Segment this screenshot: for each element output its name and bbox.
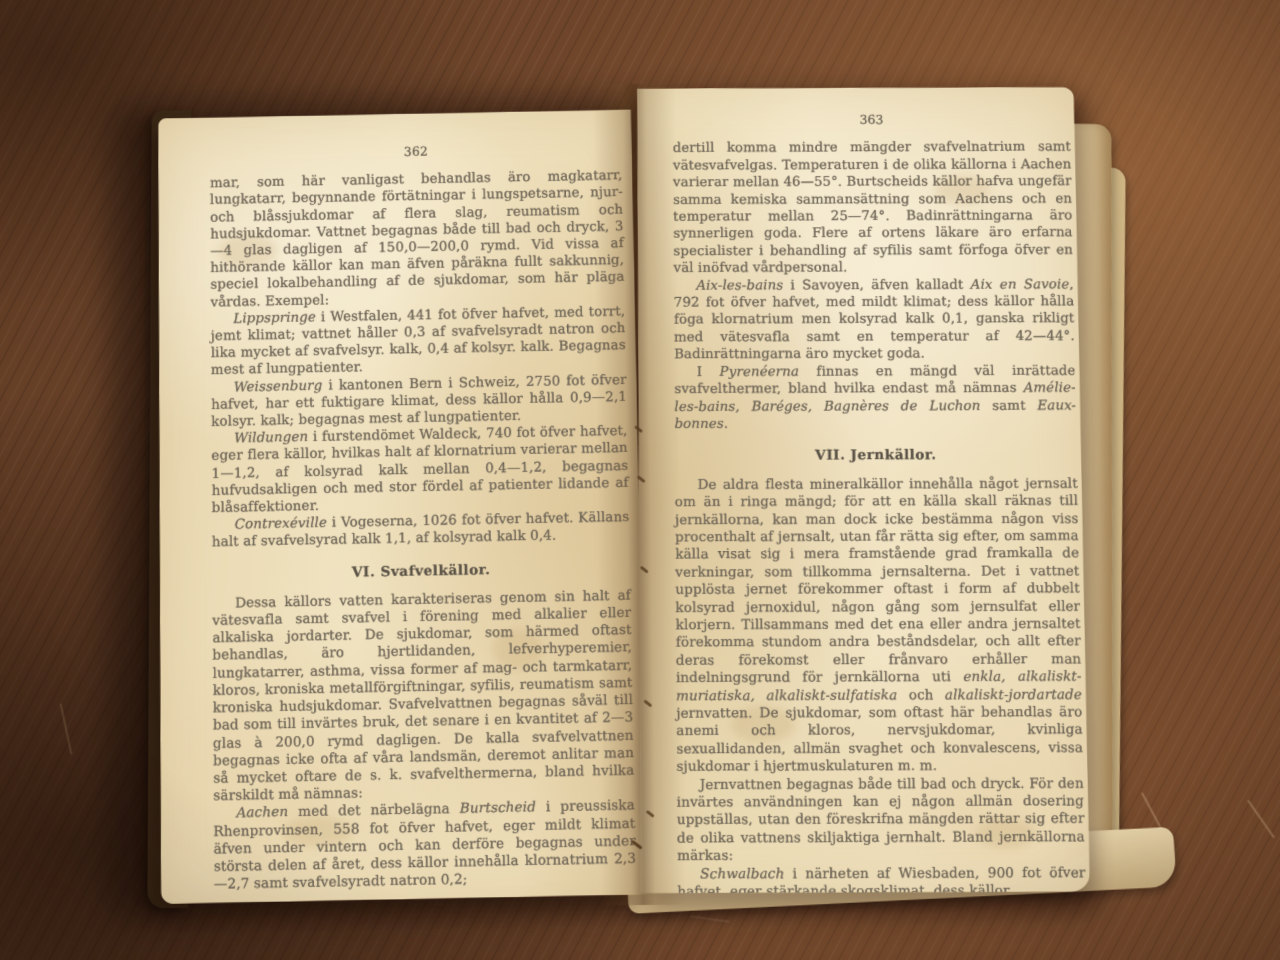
left-page-text: 362 mar, som här vanligast behandlas äro… xyxy=(210,139,637,894)
place-name-italic: Contrexéville xyxy=(235,516,327,533)
text-run: dertill komma mindre mängder svafvelnatr… xyxy=(673,140,1073,276)
place-name-italic: Aachen xyxy=(236,805,288,821)
paragraph: Weissenburg i kantonen Bern i Schweiz, 2… xyxy=(211,372,627,431)
paragraph: I Pyrenéerna finnas en mängd väl inrätta… xyxy=(674,362,1077,433)
place-name-italic: Schwalbach xyxy=(700,866,784,882)
wood-scratch xyxy=(1247,800,1275,839)
paragraph: dertill komma mindre mängder svafvelnatr… xyxy=(673,139,1074,277)
place-name-italic: Pyrenéerna xyxy=(720,364,800,379)
text-run: jernvatten. De sjukdomar, som oftast här… xyxy=(676,705,1083,775)
paragraph: Wildungen i furstendömet Waldeck, 740 fo… xyxy=(211,423,629,517)
paragraph: Lippspringe i Westfalen, 441 fot öfver h… xyxy=(211,303,627,379)
paragraph: Jernvattnen begagnas både till bad och d… xyxy=(677,775,1086,866)
paragraph: mar, som här vanligast behandlas äro mag… xyxy=(210,168,625,312)
paragraph: Dessa källors vatten karakteriseras geno… xyxy=(212,587,635,805)
text-run: och xyxy=(897,688,945,703)
place-name-italic: Aix en Savoie xyxy=(971,277,1070,292)
paragraph: Aachen med det närbelägna Burtscheid i p… xyxy=(213,797,636,894)
place-name-italic: Weissenburg xyxy=(234,378,323,395)
left-page-body: mar, som här vanligast behandlas äro mag… xyxy=(210,168,637,894)
place-name-italic: Burtscheid xyxy=(460,800,536,817)
chapter-heading: VI. Svafvelkällor. xyxy=(212,559,630,584)
text-run: De aldra flesta mineralkällor innehålla … xyxy=(675,476,1081,686)
text-run: med det närbelägna xyxy=(288,802,460,821)
left-page: 362 mar, som här vanligast behandlas äro… xyxy=(158,110,647,905)
page-number: 362 xyxy=(210,139,622,164)
wood-scratch xyxy=(690,915,730,923)
page-number: 363 xyxy=(673,110,1071,128)
text-run: samt xyxy=(980,398,1037,413)
right-page-text: 363 dertill komma mindre mängder svafvel… xyxy=(673,110,1086,893)
place-name-italic: alkaliskt-jordartade xyxy=(945,687,1082,703)
text-run: Jernvattnen begagnas både till bad och d… xyxy=(677,776,1085,864)
place-name-italic: Lippspringe xyxy=(233,310,316,326)
text-run: . xyxy=(724,417,729,432)
paragraph: Schwalbach i närheten af Wiesbaden, 900 … xyxy=(677,864,1086,893)
wooden-table-background: 362 mar, som här vanligast behandlas äro… xyxy=(0,0,1280,960)
text-run: I xyxy=(697,365,720,380)
right-page: 363 dertill komma mindre mängder svafvel… xyxy=(637,87,1090,893)
paragraph: De aldra flesta mineralkällor innehålla … xyxy=(675,475,1084,776)
wood-scratch xyxy=(60,703,73,754)
right-page-body: dertill komma mindre mängder svafvelnatr… xyxy=(673,139,1086,893)
text-run: i Savoyen, äfven kalladt xyxy=(783,278,971,293)
place-name-italic: Aix-les-bains xyxy=(696,278,783,293)
place-name-italic: Wildungen xyxy=(234,430,308,446)
text-run: mar, som här vanligast behandlas äro mag… xyxy=(210,169,625,310)
paragraph: Contrexéville i Vogeserna, 1026 fot öfve… xyxy=(212,509,630,552)
text-run: Dessa källors vatten karakteriseras geno… xyxy=(212,588,634,804)
paragraph: Aix-les-bains i Savoyen, äfven kalladt A… xyxy=(674,276,1076,364)
open-book: 362 mar, som här vanligast behandlas äro… xyxy=(127,72,1093,917)
chapter-heading: VII. Jernkällor. xyxy=(675,447,1078,466)
